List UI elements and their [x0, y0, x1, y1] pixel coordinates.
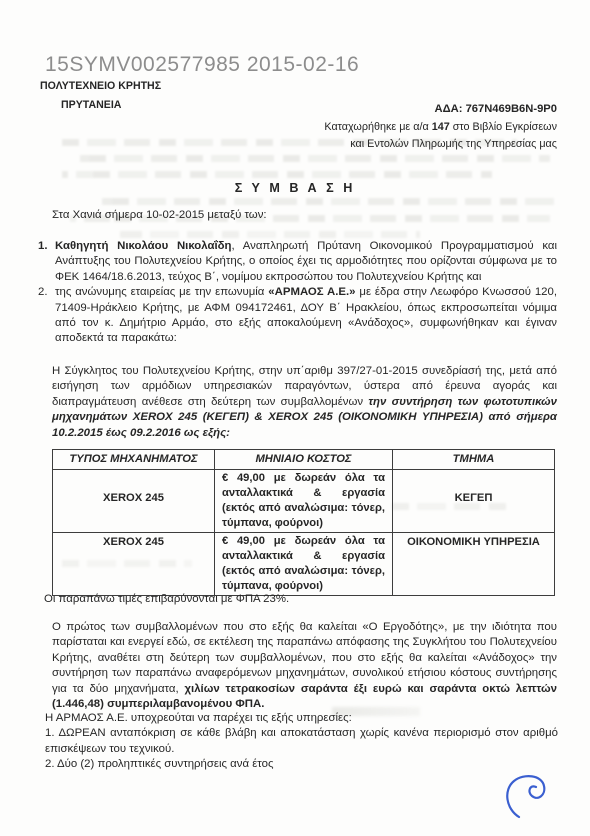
intro-line: Στα Χανιά σήμερα 10-02-2015 μεταξύ των:: [52, 208, 267, 223]
obligations-intro: Η ΑΡΜΑΟΣ Α.Ε. υποχρεούται να παρέχει τις…: [45, 711, 558, 726]
header-machine-type: ΤΥΠΟΣ ΜΗΧΑΝΗΜΑΤΟΣ: [53, 450, 215, 470]
registration-note-pre: Καταχωρήθηκε με α/α: [324, 121, 431, 133]
obligation-item-2: 2. Δύο (2) προληπτικές συντηρήσεις ανά έ…: [45, 757, 558, 772]
department-cell: ΚΕΓΕΠ: [393, 470, 555, 533]
party-description-pre: της ανώνυμης εταιρείας με την επωνυμία: [55, 286, 268, 298]
obligation-item-1: 1. ΔΩΡΕΑΝ ανταπόκριση σε κάθε βλάβη και …: [45, 726, 558, 757]
bleed-through-line: [95, 198, 555, 205]
organization-name: ΠΟΛΥΤΕΧΝΕΙΟ ΚΡΗΤΗΣ: [40, 80, 161, 92]
maintenance-table: ΤΥΠΟΣ ΜΗΧΑΝΗΜΑΤΟΣ ΜΗΝΙΑΙΟ ΚΟΣΤΟΣ ΤΜΗΜΑ X…: [52, 449, 555, 596]
ada-number: ΑΔΑ: 767N469B6N-9P0: [324, 101, 557, 119]
registration-note-line2: και Εντολών Πληρωμής της Υπηρεσίας μας: [324, 136, 557, 154]
contract-title: Σ Υ Μ Β Α Σ Η: [0, 181, 590, 196]
registration-block: ΑΔΑ: 767N469B6N-9P0 Καταχωρήθηκε με α/α …: [324, 101, 557, 154]
party-item-2: 2.της ανώνυμης εταιρείας με την επωνυμία…: [38, 285, 557, 347]
registration-note-post: στο Βιβλίο Εγκρίσεων: [450, 121, 557, 133]
monthly-cost-cell: € 49,00 με δωρεάν όλα τα ανταλλακτικά & …: [215, 470, 393, 533]
table-row: XEROX 245 € 49,00 με δωρεάν όλα τα ανταλ…: [53, 470, 555, 533]
department-cell: ΟΙΚΟΝΟΜΙΚΗ ΥΠΗΡΕΣΙΑ: [393, 533, 555, 596]
obligations-section: Η ΑΡΜΑΟΣ Α.Ε. υποχρεούται να παρέχει τις…: [45, 711, 558, 773]
table-header-row: ΤΥΠΟΣ ΜΗΧΑΝΗΜΑΤΟΣ ΜΗΝΙΑΙΟ ΚΟΣΤΟΣ ΤΜΗΜΑ: [53, 450, 555, 470]
award-paragraph: Η Σύγκλητος του Πολυτεχνείου Κρήτης, στη…: [52, 364, 557, 441]
machine-type-cell: XEROX 245: [53, 533, 215, 596]
scanned-contract-page: 15SYMV002577985 2015-02-16 ΠΟΛΥΤΕΧΝΕΙΟ Κ…: [0, 0, 590, 836]
party-item-1: 1.Καθηγητή Νικολάου Νικολαΐδη, Αναπληρωτ…: [38, 239, 557, 285]
party-number: 1.: [38, 239, 48, 254]
registry-stamp-id: 15SYMV002577985 2015-02-16: [45, 54, 359, 76]
monthly-cost-cell: € 49,00 με δωρεάν όλα τα ανταλλακτικά & …: [215, 533, 393, 596]
party-company-name: «ΑΡΜΑΟΣ Α.Ε.»: [268, 286, 355, 298]
machine-type-cell: XEROX 245: [53, 470, 215, 533]
table-row: XEROX 245 € 49,00 με δωρεάν όλα τα ανταλ…: [53, 533, 555, 596]
party-number: 2.: [38, 285, 48, 300]
contracting-parties-list: 1.Καθηγητή Νικολάου Νικολαΐδη, Αναπληρωτ…: [38, 239, 557, 347]
bleed-through-line: [62, 171, 492, 178]
bleed-through-line: [120, 231, 420, 238]
registration-note-line1: Καταχωρήθηκε με α/α 147 στο Βιβλίο Εγκρί…: [324, 119, 557, 137]
assignment-paragraph: Ο πρώτος των συμβαλλομένων που στο εξής …: [52, 620, 557, 712]
vat-note: Οι παραπάνω τιμές επιβαρύνονται με ΦΠΑ 2…: [44, 592, 289, 607]
department-name: ΠΡΥΤΑΝΕΙΑ: [61, 99, 121, 111]
party-name: Καθηγητή Νικολάου Νικολαΐδη: [55, 240, 232, 252]
header-department: ΤΜΗΜΑ: [393, 450, 555, 470]
registration-entry-number: 147: [432, 121, 450, 133]
bleed-through-line: [80, 155, 550, 162]
header-monthly-cost: ΜΗΝΙΑΙΟ ΚΟΣΤΟΣ: [215, 450, 393, 470]
pen-mark-icon: [502, 773, 552, 821]
